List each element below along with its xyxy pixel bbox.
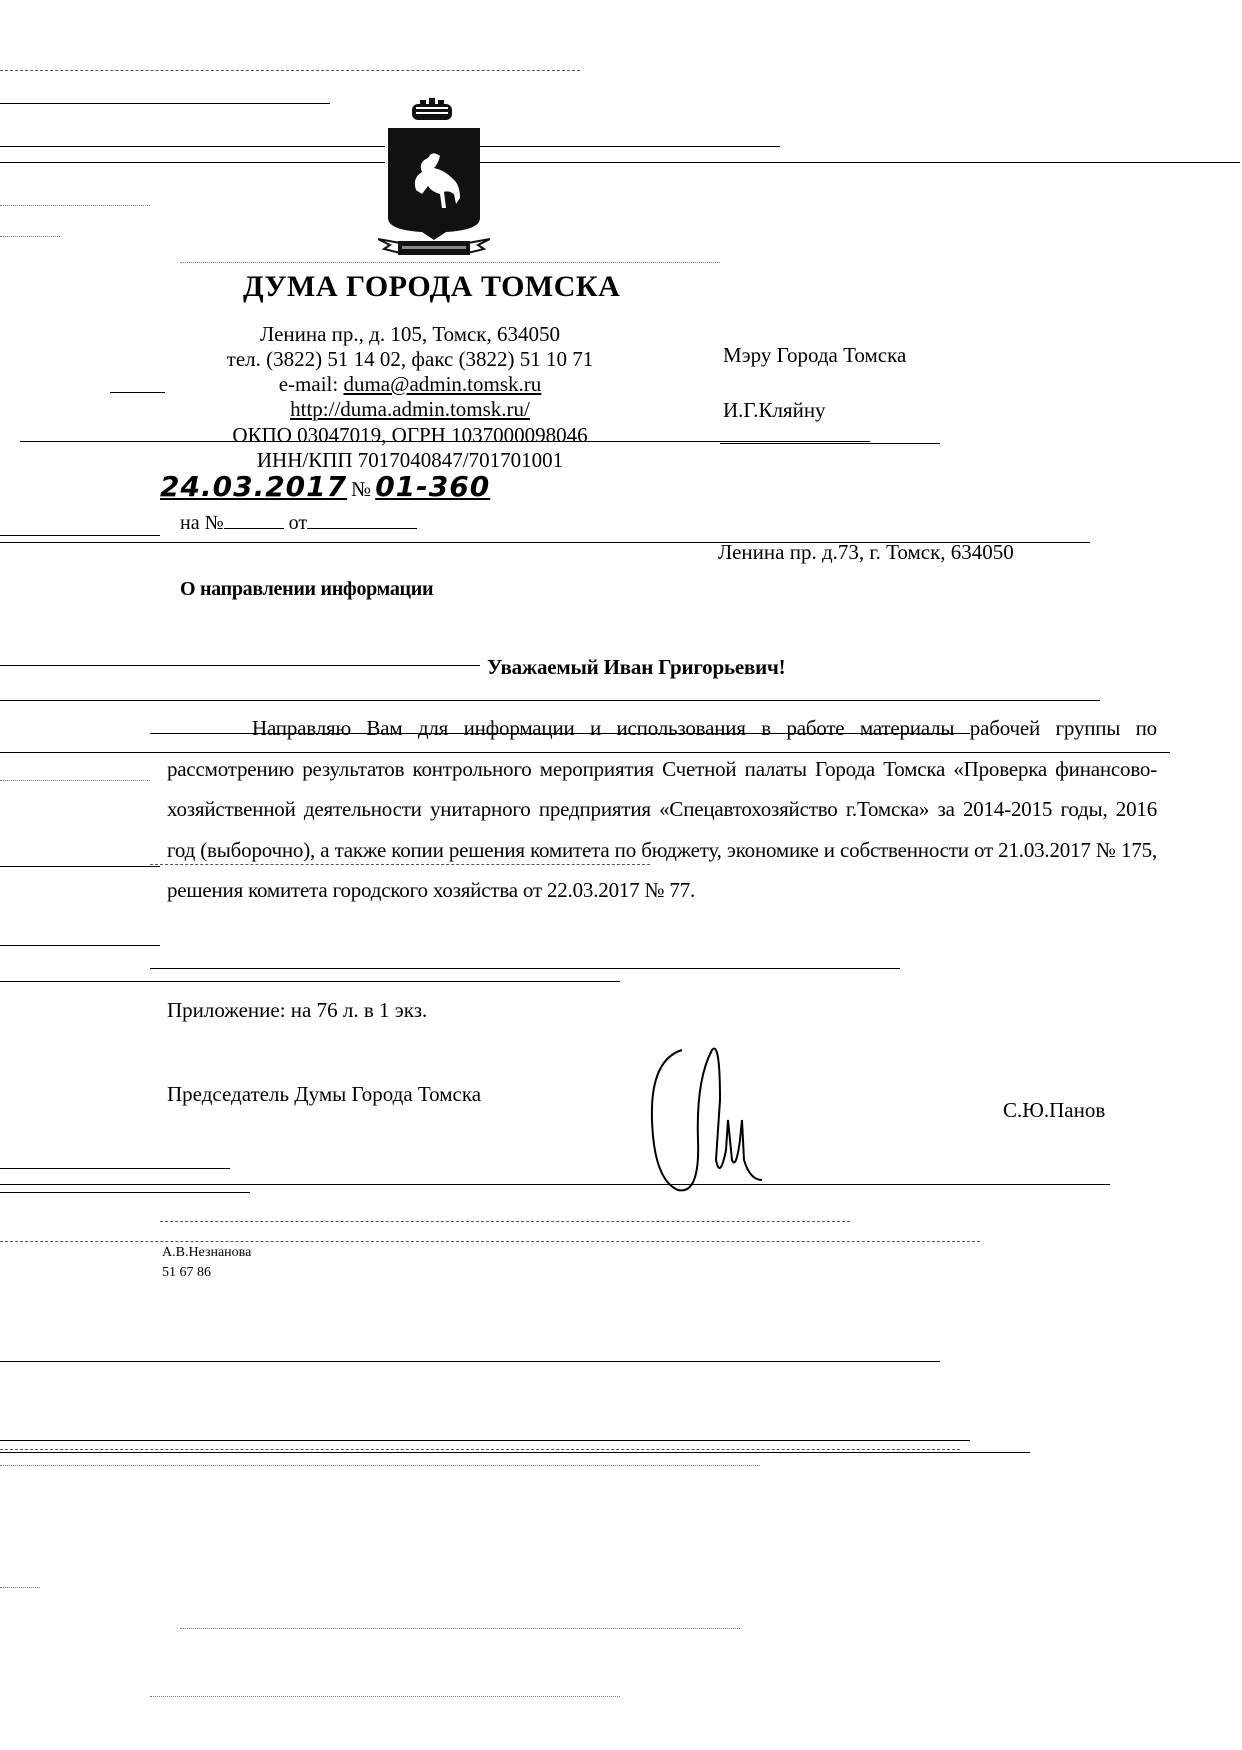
- email-link[interactable]: duma@admin.tomsk.ru: [343, 372, 541, 396]
- organization-title: ДУМА ГОРОДА ТОМСКА: [243, 270, 620, 304]
- signer-name: С.Ю.Панов: [1003, 1098, 1105, 1123]
- number-label: №: [351, 477, 371, 501]
- letter-greeting: Уважаемый Иван Григорьевич!: [487, 655, 785, 680]
- registration-line: 24.03.2017 № 01-360: [160, 470, 490, 503]
- executor-name: А.В.Незнанова: [162, 1245, 251, 1261]
- org-okpo-ogrn: ОКПО 03047019, ОГРН 1037000098046: [170, 423, 650, 448]
- recipient-name: И.Г.Кляйну: [723, 398, 826, 423]
- recipient-title: Мэру Города Томска: [723, 343, 906, 368]
- email-label: e-mail:: [279, 372, 344, 396]
- executor-phone: 51 67 86: [162, 1265, 211, 1281]
- website-link[interactable]: http://duma.admin.tomsk.ru/: [170, 397, 650, 422]
- letter-subject: О направлении информации: [180, 578, 433, 601]
- letter-body: Направляю Вам для информации и использов…: [167, 708, 1157, 911]
- registration-number: 01-360: [375, 470, 490, 503]
- reply-number-label: на №: [180, 512, 224, 534]
- attachment-note: Приложение: на 76 л. в 1 экз.: [167, 998, 427, 1023]
- signer-position: Председатель Думы Города Томска: [167, 1082, 481, 1107]
- org-phone-fax: тел. (3822) 51 14 02, факс (3822) 51 10 …: [170, 347, 650, 372]
- registration-date: 24.03.2017: [160, 470, 347, 503]
- org-email-line: e-mail: duma@admin.tomsk.ru: [170, 372, 650, 397]
- recipient-address: Ленина пр. д.73, г. Томск, 634050: [718, 540, 1014, 565]
- body-text: Направляю Вам для информации и использов…: [167, 716, 1157, 902]
- reply-from-label: от: [289, 512, 307, 534]
- org-address: Ленина пр., д. 105, Томск, 634050: [170, 322, 650, 347]
- reply-reference: на № от: [180, 512, 417, 535]
